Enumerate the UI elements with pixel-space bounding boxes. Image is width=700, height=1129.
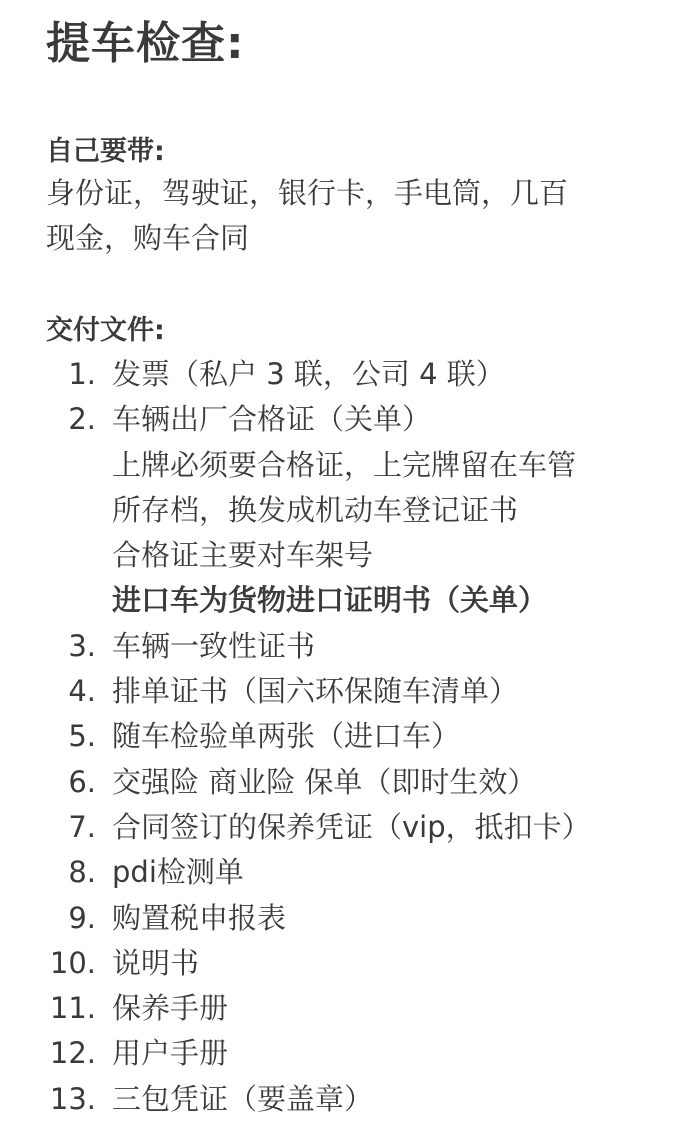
self-bring-line: 现金，购车合同 <box>46 216 249 261</box>
item-number: 2. <box>0 397 96 442</box>
item-text: 合同签订的保养凭证（vip，抵扣卡） <box>112 810 591 844</box>
delivery-docs-list: 1. 发票（私户 3 联，公司 4 联） 2. 车辆出厂合格证（关单） 上牌必须… <box>0 352 700 1122</box>
list-item: 2. 车辆出厂合格证（关单） 上牌必须要合格证，上完牌留在车管 所存档，换发成机… <box>0 397 700 623</box>
note-page: 提车检查: 自己要带: 身份证，驾驶证，银行卡，手电筒，几百 现金，购车合同 交… <box>0 0 700 1129</box>
item-number: 13. <box>0 1077 96 1122</box>
list-item: 13. 三包凭证（要盖章） <box>0 1077 700 1122</box>
page-title: 提车检查: <box>46 14 245 74</box>
item-text: 车辆一致性证书 <box>112 629 315 663</box>
list-item: 9. 购置税申报表 <box>0 896 700 941</box>
list-item: 5. 随车检验单两张（进口车） <box>0 714 700 759</box>
item-text: 排单证书（国六环保随车清单） <box>112 674 518 708</box>
item-number: 11. <box>0 986 96 1031</box>
list-item: 10. 说明书 <box>0 941 700 986</box>
item-number: 8. <box>0 850 96 895</box>
item-text: 发票（私户 3 联，公司 4 联） <box>112 357 505 391</box>
list-item: 4. 排单证书（国六环保随车清单） <box>0 669 700 714</box>
item-number: 9. <box>0 896 96 941</box>
list-item: 11. 保养手册 <box>0 986 700 1031</box>
self-bring-line: 身份证，驾驶证，银行卡，手电筒，几百 <box>46 171 568 216</box>
item-text: 三包凭证（要盖章） <box>112 1082 373 1116</box>
self-bring-heading: 自己要带: <box>46 134 165 170</box>
list-item: 12. 用户手册 <box>0 1031 700 1076</box>
list-item: 8. pdi检测单 <box>0 850 700 895</box>
item-number: 12. <box>0 1031 96 1076</box>
item-number: 10. <box>0 941 96 986</box>
item-number: 7. <box>0 805 96 850</box>
list-item: 7. 合同签订的保养凭证（vip，抵扣卡） <box>0 805 700 850</box>
list-item: 3. 车辆一致性证书 <box>0 624 700 669</box>
list-item: 1. 发票（私户 3 联，公司 4 联） <box>0 352 700 397</box>
item-text: 保养手册 <box>112 991 228 1025</box>
item-text: pdi检测单 <box>112 855 244 889</box>
item-note: 合格证主要对车架号 <box>112 533 700 578</box>
item-number: 3. <box>0 624 96 669</box>
item-number: 6. <box>0 760 96 805</box>
item-note: 上牌必须要合格证，上完牌留在车管 <box>112 443 700 488</box>
item-text: 车辆出厂合格证（关单） <box>112 397 700 442</box>
item-number: 5. <box>0 714 96 759</box>
item-text: 购置税申报表 <box>112 901 286 935</box>
item-number: 4. <box>0 669 96 714</box>
item-note-bold: 进口车为货物进口证明书（关单） <box>112 578 700 623</box>
item-text: 用户手册 <box>112 1036 228 1070</box>
item-note: 所存档，换发成机动车登记证书 <box>112 488 700 533</box>
item-text: 说明书 <box>112 946 199 980</box>
item-text: 交强险 商业险 保单（即时生效） <box>112 765 536 799</box>
item-number: 1. <box>0 352 96 397</box>
list-item: 6. 交强险 商业险 保单（即时生效） <box>0 760 700 805</box>
item-text: 随车检验单两张（进口车） <box>112 719 460 753</box>
delivery-docs-heading: 交付文件: <box>46 313 165 349</box>
